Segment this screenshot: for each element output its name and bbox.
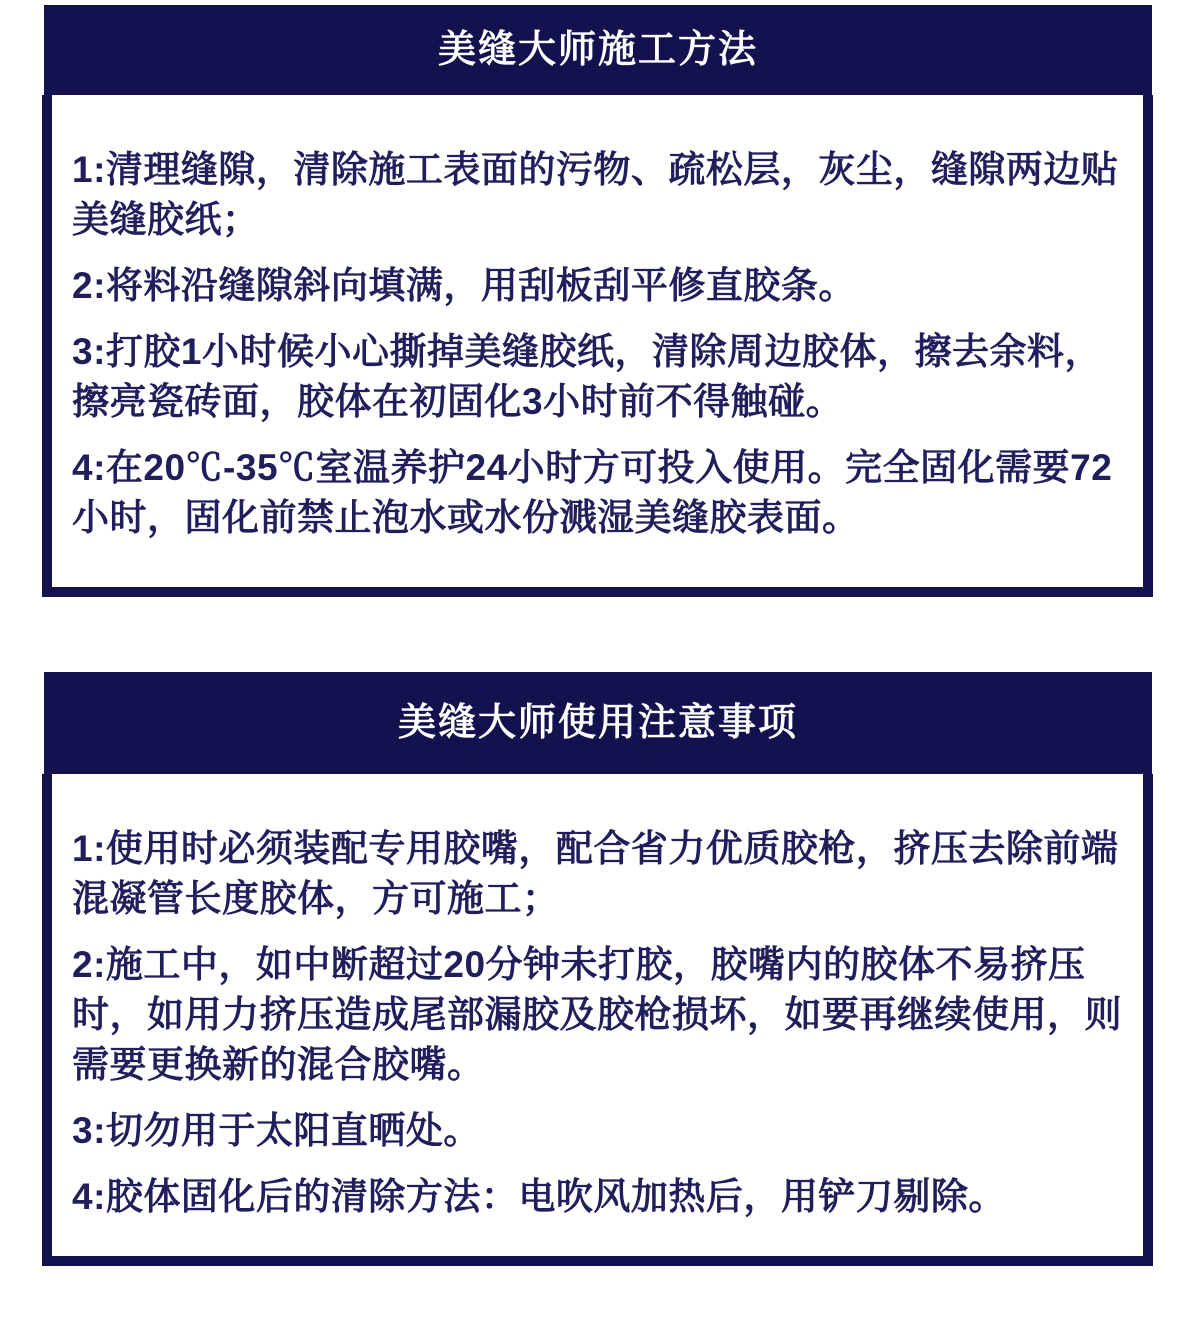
construction-method-title: 美缝大师施工方法 xyxy=(438,31,758,69)
precaution-item-3: 3:切勿用于太阳直晒处。 xyxy=(72,1106,1125,1156)
precaution-item-4: 4:胶体固化后的清除方法：电吹风加热后，用铲刀剔除。 xyxy=(72,1172,1125,1222)
product-instruction-page: 美缝大师施工方法 1:清理缝隙，清除施工表面的污物、疏松层，灰尘，缝隙两边贴美缝… xyxy=(0,5,1200,1319)
usage-precautions-header: 美缝大师使用注意事项 xyxy=(44,672,1152,774)
usage-precautions-title: 美缝大师使用注意事项 xyxy=(398,704,798,742)
usage-precautions-section: 美缝大师使用注意事项 1:使用时必须装配专用胶嘴，配合省力优质胶枪，挤压去除前端… xyxy=(42,672,1153,1266)
instruction-item-1: 1:清理缝隙，清除施工表面的污物、疏松层，灰尘，缝隙两边贴美缝胶纸； xyxy=(72,145,1125,245)
construction-method-body: 1:清理缝隙，清除施工表面的污物、疏松层，灰尘，缝隙两边贴美缝胶纸； 2:将料沿… xyxy=(42,95,1153,597)
precaution-item-1: 1:使用时必须装配专用胶嘴，配合省力优质胶枪，挤压去除前端混凝管长度胶体，方可施… xyxy=(72,824,1125,924)
instruction-item-4: 4:在20℃-35℃室温养护24小时方可投入使用。完全固化需要72小时，固化前禁… xyxy=(72,443,1125,543)
precaution-item-2: 2:施工中，如中断超过20分钟未打胶，胶嘴内的胶体不易挤压时，如用力挤压造成尾部… xyxy=(72,940,1125,1090)
instruction-item-2: 2:将料沿缝隙斜向填满，用刮板刮平修直胶条。 xyxy=(72,261,1125,311)
construction-method-header: 美缝大师施工方法 xyxy=(44,5,1152,95)
instruction-item-3: 3:打胶1小时候小心撕掉美缝胶纸，清除周边胶体，擦去余料，擦亮瓷砖面，胶体在初固… xyxy=(72,327,1125,427)
construction-method-section: 美缝大师施工方法 1:清理缝隙，清除施工表面的污物、疏松层，灰尘，缝隙两边贴美缝… xyxy=(42,5,1153,597)
usage-precautions-body: 1:使用时必须装配专用胶嘴，配合省力优质胶枪，挤压去除前端混凝管长度胶体，方可施… xyxy=(42,774,1153,1266)
